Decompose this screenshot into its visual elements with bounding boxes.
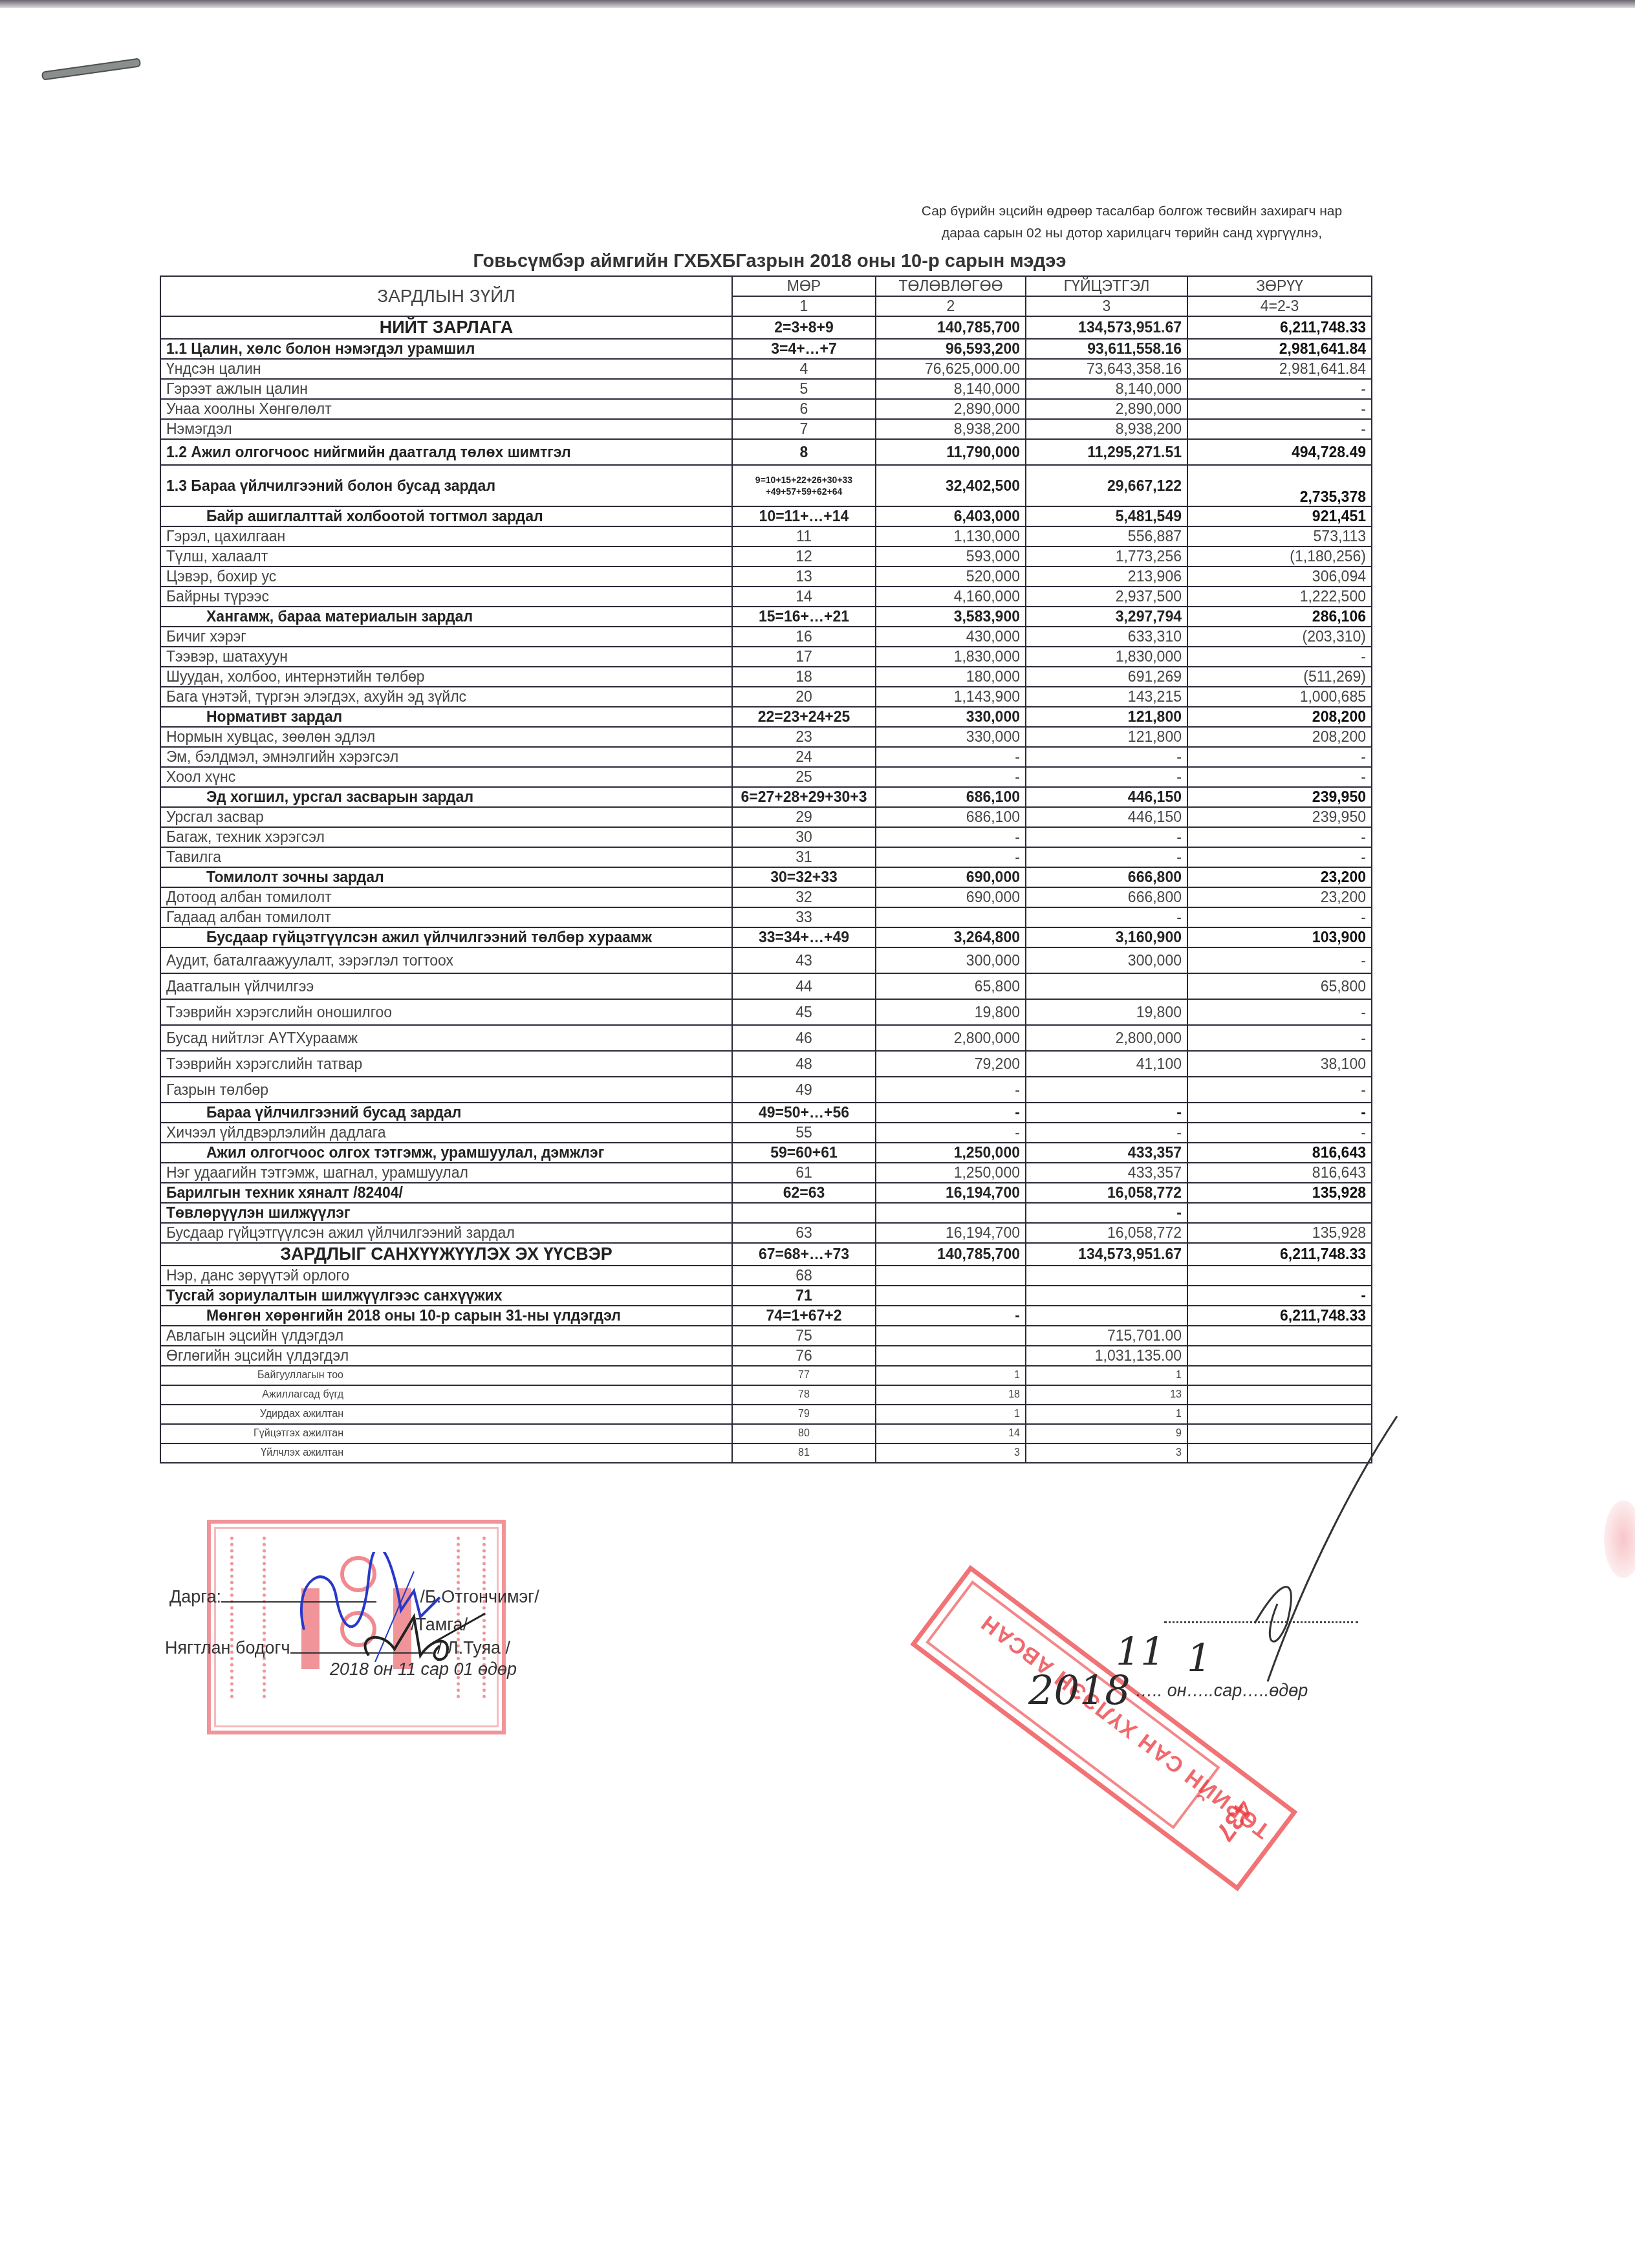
staff-plan: 14 <box>876 1424 1026 1443</box>
row-name: Бараа үйлчилгээний бусад зардал <box>160 1103 732 1123</box>
row-code: 45 <box>732 999 876 1025</box>
row-code: 13 <box>732 567 876 587</box>
row-name: Гэрээт ажлын цалин <box>160 379 732 399</box>
row-code: 18 <box>732 667 876 687</box>
row-diff: - <box>1187 847 1372 867</box>
row-diff: 135,928 <box>1187 1223 1372 1243</box>
table-row: Бусдаар гүйцэтгүүлсэн ажил үйлчилгээний … <box>160 927 1372 947</box>
row-plan: 16,194,700 <box>876 1183 1026 1203</box>
row-plan: 65,800 <box>876 973 1026 999</box>
row-actual: - <box>1026 847 1187 867</box>
row-diff <box>1187 1266 1372 1286</box>
row-plan <box>876 1203 1026 1223</box>
row-diff: 286,106 <box>1187 607 1372 627</box>
table-row: Тусгай зориулалтын шилжүүлгээс санхүүжих… <box>160 1286 1372 1306</box>
accountant-label: Нягтлан бодогч <box>165 1638 290 1658</box>
staff-actual: 13 <box>1026 1385 1187 1405</box>
table-row: 1.1 Цалин, хөлс болон нэмэгдэл урамшил3=… <box>160 339 1372 359</box>
row-name: Бага үнэтэй, түргэн элэгдэх, ахуйн эд зү… <box>160 687 732 707</box>
row-code: 15=16+…+21 <box>732 607 876 627</box>
staff-row: Удирдах ажилтан7911 <box>160 1405 1372 1424</box>
table-row: Цэвэр, бохир ус13520,000213,906306,094 <box>160 567 1372 587</box>
row-actual <box>1026 973 1187 999</box>
row-diff: 239,950 <box>1187 787 1372 807</box>
column-header-diff: ЗӨРҮҮ <box>1187 276 1372 296</box>
row-plan: 8,938,200 <box>876 419 1026 439</box>
row-name: Урсгал засвар <box>160 807 732 827</box>
row-diff: - <box>1187 647 1372 667</box>
row-actual: - <box>1026 767 1187 787</box>
row-code: 31 <box>732 847 876 867</box>
table-row: Эм, бэлдмэл, эмнэлгийн хэрэгсэл24--- <box>160 747 1372 767</box>
row-name: Мөнгөн хөрөнгийн 2018 оны 10-р сарын 31-… <box>160 1306 732 1326</box>
row-code: 59=60+61 <box>732 1143 876 1163</box>
row-actual: 433,357 <box>1026 1143 1187 1163</box>
row-actual: 41,100 <box>1026 1051 1187 1077</box>
table-row: Бараа үйлчилгээний бусад зардал49=50+…+5… <box>160 1103 1372 1123</box>
table-row: Авлагын эцсийн үлдэгдэл75715,701.00 <box>160 1326 1372 1346</box>
row-plan: 520,000 <box>876 567 1026 587</box>
staff-name: Байгууллагын тоо <box>160 1366 732 1385</box>
row-name: Гадаад албан томилолт <box>160 907 732 927</box>
row-actual: 2,890,000 <box>1026 399 1187 419</box>
row-diff: - <box>1187 399 1372 419</box>
row-actual: 633,310 <box>1026 627 1187 647</box>
row-actual: 143,215 <box>1026 687 1187 707</box>
row-code: 10=11+…+14 <box>732 506 876 526</box>
row-plan: 6,403,000 <box>876 506 1026 526</box>
row-actual: 300,000 <box>1026 947 1187 973</box>
row-actual: 666,800 <box>1026 867 1187 887</box>
row-diff: 1,000,685 <box>1187 687 1372 707</box>
row-name: Барилгын техник хяналт /82404/ <box>160 1183 732 1203</box>
row-diff: 23,200 <box>1187 867 1372 887</box>
row-actual: 433,357 <box>1026 1163 1187 1183</box>
row-plan: 180,000 <box>876 667 1026 687</box>
row-name: 1.1 Цалин, хөлс болон нэмэгдэл урамшил <box>160 339 732 359</box>
row-actual: 19,800 <box>1026 999 1187 1025</box>
row-diff: (203,310) <box>1187 627 1372 647</box>
row-actual: 691,269 <box>1026 667 1187 687</box>
row-code: 14 <box>732 587 876 607</box>
row-code: 16 <box>732 627 876 647</box>
row-code: 68 <box>732 1266 876 1286</box>
row-name: Байр ашиглалттай холбоотой тогтмол зарда… <box>160 506 732 526</box>
row-diff: 816,643 <box>1187 1163 1372 1183</box>
row-name: Дотоод албан томилолт <box>160 887 732 907</box>
row-code: 12 <box>732 546 876 567</box>
row-plan: 19,800 <box>876 999 1026 1025</box>
row-actual: 2,800,000 <box>1026 1025 1187 1051</box>
staff-plan: 3 <box>876 1443 1026 1463</box>
table-row: Нормын хувцас, зөөлөн эдлэл23330,000121,… <box>160 727 1372 747</box>
row-diff: 494,728.49 <box>1187 439 1372 465</box>
row-diff <box>1187 1346 1372 1366</box>
row-plan: 686,100 <box>876 807 1026 827</box>
table-row: Газрын төлбөр49-- <box>160 1077 1372 1103</box>
row-name: Эд хогшил, урсгал засварын зардал <box>160 787 732 807</box>
table-row: 1.2 Ажил олгогчоос нийгмийн даатгалд төл… <box>160 439 1372 465</box>
row-code: 8 <box>732 439 876 465</box>
row-code: 61 <box>732 1163 876 1183</box>
row-code: 7 <box>732 419 876 439</box>
row-diff: - <box>1187 767 1372 787</box>
row-plan: 430,000 <box>876 627 1026 647</box>
column-header-item: ЗАРДЛЫН ЗҮЙЛ <box>160 276 732 316</box>
row-actual: 715,701.00 <box>1026 1326 1187 1346</box>
table-row: Түлш, халаалт12593,0001,773,256(1,180,25… <box>160 546 1372 567</box>
row-diff: - <box>1187 1123 1372 1143</box>
table-row: Хангамж, бараа материалын зардал15=16+…+… <box>160 607 1372 627</box>
seal-mongol-script-left-2 <box>263 1537 272 1698</box>
table-row: Өглөгийн эцсийн үлдэгдэл761,031,135.00 <box>160 1346 1372 1366</box>
staff-row: Гүйцэтгэх ажилтан80149 <box>160 1424 1372 1443</box>
row-name: Нэг удаагийн тэтгэмж, шагнал, урамшуулал <box>160 1163 732 1183</box>
row-diff: - <box>1187 1286 1372 1306</box>
received-date: 2018 ….. он…..сар…..өдөр <box>1028 1659 1308 1706</box>
table-row: Даатгалын үйлчилгээ4465,80065,800 <box>160 973 1372 999</box>
row-plan: 4,160,000 <box>876 587 1026 607</box>
row-actual: 16,058,772 <box>1026 1223 1187 1243</box>
row-code-line-1: 9=10+15+22+26+30+33 <box>738 474 870 486</box>
row-name: Өглөгийн эцсийн үлдэгдэл <box>160 1346 732 1366</box>
row-name: Үндсэн цалин <box>160 359 732 379</box>
row-diff: 816,643 <box>1187 1143 1372 1163</box>
row-diff: 208,200 <box>1187 727 1372 747</box>
row-diff: 65,800 <box>1187 973 1372 999</box>
row-code: 74=1+67+2 <box>732 1306 876 1326</box>
table-row: Бусдаар гүйцэтгүүлсэн ажил үйлчилгээний … <box>160 1223 1372 1243</box>
row-plan: 3,583,900 <box>876 607 1026 627</box>
staff-row: Ажиллагсад бүгд781813 <box>160 1385 1372 1405</box>
staff-plan: 1 <box>876 1366 1026 1385</box>
row-plan: 2,890,000 <box>876 399 1026 419</box>
row-diff: 306,094 <box>1187 567 1372 587</box>
row-diff: - <box>1187 1077 1372 1103</box>
row-diff <box>1187 1203 1372 1223</box>
row-actual: 1,031,135.00 <box>1026 1346 1187 1366</box>
row-diff: 23,200 <box>1187 887 1372 907</box>
row-name: Ажил олгогчоос олгох тэтгэмж, урамшуулал… <box>160 1143 732 1163</box>
row-code: 30=32+33 <box>732 867 876 887</box>
table-row: Урсгал засвар29686,100446,150239,950 <box>160 807 1372 827</box>
row-plan: 1,830,000 <box>876 647 1026 667</box>
table-row: Нэмэгдэл78,938,2008,938,200- <box>160 419 1372 439</box>
staff-code: 78 <box>732 1385 876 1405</box>
row-plan: - <box>876 1123 1026 1143</box>
row-code: 29 <box>732 807 876 827</box>
received-date-template: ….. он…..сар…..өдөр <box>1135 1681 1308 1700</box>
staple-mark <box>41 58 141 80</box>
table-row: Тээврийн хэрэгслийн оношилгоо4519,80019,… <box>160 999 1372 1025</box>
row-actual: 3,160,900 <box>1026 927 1187 947</box>
row-actual: 121,800 <box>1026 727 1187 747</box>
staff-name: Удирдах ажилтан <box>160 1405 732 1424</box>
row-plan: 690,000 <box>876 867 1026 887</box>
row-plan: 1,250,000 <box>876 1163 1026 1183</box>
row-plan <box>876 1346 1026 1366</box>
column-index-actual: 3 <box>1026 296 1187 316</box>
table-row: Үндсэн цалин476,625,000.0073,643,358.162… <box>160 359 1372 379</box>
row-plan: 300,000 <box>876 947 1026 973</box>
row-diff: - <box>1187 747 1372 767</box>
table-row: Томилолт зочны зардал30=32+33690,000666,… <box>160 867 1372 887</box>
staff-name: Гүйцэтгэх ажилтан <box>160 1424 732 1443</box>
row-name: Тусгай зориулалтын шилжүүлгээс санхүүжих <box>160 1286 732 1306</box>
staff-diff <box>1187 1385 1372 1405</box>
row-actual: 134,573,951.67 <box>1026 316 1187 339</box>
table-row: Эд хогшил, урсгал засварын зардал6=27+28… <box>160 787 1372 807</box>
row-actual <box>1026 1306 1187 1326</box>
row-name: Шуудан, холбоо, интернэтийн төлбөр <box>160 667 732 687</box>
row-code: 32 <box>732 887 876 907</box>
row-name: Хоол хүнс <box>160 767 732 787</box>
staff-actual: 3 <box>1026 1443 1187 1463</box>
row-code: 43 <box>732 947 876 973</box>
row-actual: - <box>1026 1103 1187 1123</box>
row-name: Эм, бэлдмэл, эмнэлгийн хэрэгсэл <box>160 747 732 767</box>
row-actual: - <box>1026 907 1187 927</box>
table-row: Бага үнэтэй, түргэн элэгдэх, ахуйн эд зү… <box>160 687 1372 707</box>
row-plan: 140,785,700 <box>876 1243 1026 1266</box>
row-plan: 140,785,700 <box>876 316 1026 339</box>
row-plan: - <box>876 1306 1026 1326</box>
table-row: Тээврийн хэрэгслийн татвар4879,20041,100… <box>160 1051 1372 1077</box>
row-diff: - <box>1187 947 1372 973</box>
row-code: 2=3+8+9 <box>732 316 876 339</box>
row-code: 11 <box>732 526 876 546</box>
row-name: Нэр, данс зөрүүтэй орлого <box>160 1266 732 1286</box>
staff-diff <box>1187 1366 1372 1385</box>
row-name: ЗАРДЛЫГ САНХҮҮЖҮҮЛЭХ ЭХ ҮҮСВЭР <box>160 1243 732 1266</box>
row-name: Томилолт зочны зардал <box>160 867 732 887</box>
row-plan: 690,000 <box>876 887 1026 907</box>
row-code: 62=63 <box>732 1183 876 1203</box>
seal-mongol-script-left <box>230 1537 240 1698</box>
row-name: Нэмэгдэл <box>160 419 732 439</box>
column-header-plan: ТӨЛӨВЛӨГӨӨ <box>876 276 1026 296</box>
row-name: Бусдаар гүйцэтгүүлсэн ажил үйлчилгээний … <box>160 927 732 947</box>
staff-code: 80 <box>732 1424 876 1443</box>
received-month-handwritten: 11 <box>1116 1630 1165 1675</box>
staff-row: Үйлчлэх ажилтан8133 <box>160 1443 1372 1463</box>
row-plan <box>876 1286 1026 1306</box>
row-diff: 103,900 <box>1187 927 1372 947</box>
row-name: Тээврийн хэрэгслийн оношилгоо <box>160 999 732 1025</box>
row-code: 48 <box>732 1051 876 1077</box>
column-header-row: МӨР <box>732 276 876 296</box>
staff-plan: 1 <box>876 1405 1026 1424</box>
row-actual: 16,058,772 <box>1026 1183 1187 1203</box>
table-row: Гэрэл, цахилгаан111,130,000556,887573,11… <box>160 526 1372 546</box>
row-plan: - <box>876 767 1026 787</box>
row-code: 23 <box>732 727 876 747</box>
row-code: 49=50+…+56 <box>732 1103 876 1123</box>
row-diff: - <box>1187 379 1372 399</box>
table-row: Хичээл үйлдвэрлэлийн дадлага55--- <box>160 1123 1372 1143</box>
row-actual: - <box>1026 827 1187 847</box>
expense-report-table: ЗАРДЛЫН ЗҮЙЛ МӨР ТӨЛӨВЛӨГӨӨ ГҮЙЦЭТГЭЛ ЗӨ… <box>160 275 1372 1463</box>
row-name: 1.2 Ажил олгогчоос нийгмийн даатгалд төл… <box>160 439 732 465</box>
table-row: Гадаад албан томилолт33-- <box>160 907 1372 927</box>
row-name: Нормативт зардал <box>160 707 732 727</box>
row-plan: - <box>876 827 1026 847</box>
row-actual: 8,938,200 <box>1026 419 1187 439</box>
row-code: 33=34+…+49 <box>732 927 876 947</box>
table-row: Хоол хүнс25--- <box>160 767 1372 787</box>
row-name: 1.3 Бараа үйлчилгээний болон бусад зарда… <box>160 465 732 506</box>
row-actual <box>1026 1077 1187 1103</box>
row-plan: - <box>876 847 1026 867</box>
row-code: 6=27+28+29+30+3 <box>732 787 876 807</box>
row-diff: 2,981,641.84 <box>1187 359 1372 379</box>
row-name: Аудит, баталгаажуулалт, зэрэглэл тогтоох <box>160 947 732 973</box>
row-code: 30 <box>732 827 876 847</box>
row-actual: 556,887 <box>1026 526 1187 546</box>
row-name: Бусад нийтлэг АҮТХураамж <box>160 1025 732 1051</box>
row-code: 17 <box>732 647 876 667</box>
staff-plan: 18 <box>876 1385 1026 1405</box>
column-index-plan: 2 <box>876 296 1026 316</box>
row-actual: - <box>1026 1203 1187 1223</box>
row-diff: 573,113 <box>1187 526 1372 546</box>
row-name: Бусдаар гүйцэтгүүлсэн ажил үйлчилгээний … <box>160 1223 732 1243</box>
row-actual: 5,481,549 <box>1026 506 1187 526</box>
table-row: Нэр, данс зөрүүтэй орлого68 <box>160 1266 1372 1286</box>
table-row: Тавилга31--- <box>160 847 1372 867</box>
staff-actual: 9 <box>1026 1424 1187 1443</box>
table-row: Төвлөрүүлэн шилжүүлэг- <box>160 1203 1372 1223</box>
row-name: Бичиг хэрэг <box>160 627 732 647</box>
table-header-row: ЗАРДЛЫН ЗҮЙЛ МӨР ТӨЛӨВЛӨГӨӨ ГҮЙЦЭТГЭЛ ЗӨ… <box>160 276 1372 296</box>
table-row: НИЙТ ЗАРЛАГА2=3+8+9140,785,700134,573,95… <box>160 316 1372 339</box>
row-name: Тээвэр, шатахуун <box>160 647 732 667</box>
row-code: 67=68+…+73 <box>732 1243 876 1266</box>
table-row: Гэрээт ажлын цалин58,140,0008,140,000- <box>160 379 1372 399</box>
row-diff: - <box>1187 419 1372 439</box>
row-plan: 330,000 <box>876 727 1026 747</box>
staff-code: 77 <box>732 1366 876 1385</box>
row-diff <box>1187 1326 1372 1346</box>
staff-name: Үйлчлэх ажилтан <box>160 1443 732 1463</box>
row-actual: 213,906 <box>1026 567 1187 587</box>
row-actual: 1,773,256 <box>1026 546 1187 567</box>
table-row: Шуудан, холбоо, интернэтийн төлбөр18180,… <box>160 667 1372 687</box>
row-diff: 135,928 <box>1187 1183 1372 1203</box>
table-row: Байрны түрээс144,160,0002,937,5001,222,5… <box>160 587 1372 607</box>
row-code: 9=10+15+22+26+30+33+49+57+59+62+64 <box>732 465 876 506</box>
row-diff: - <box>1187 1103 1372 1123</box>
row-plan: 32,402,500 <box>876 465 1026 506</box>
submission-note-line-1: Сар бүрийн эцсийн өдрөөр тасалбар болгож… <box>886 200 1378 222</box>
row-name: Тавилга <box>160 847 732 867</box>
table-row: Нэг удаагийн тэтгэмж, шагнал, урамшуулал… <box>160 1163 1372 1183</box>
received-day-handwritten: 1 <box>1187 1636 1211 1681</box>
row-code: 25 <box>732 767 876 787</box>
row-name: Гэрэл, цахилгаан <box>160 526 732 546</box>
row-code: 71 <box>732 1286 876 1306</box>
row-name: Цэвэр, бохир ус <box>160 567 732 587</box>
row-diff: - <box>1187 827 1372 847</box>
row-plan: 686,100 <box>876 787 1026 807</box>
row-actual: 11,295,271.51 <box>1026 439 1187 465</box>
row-actual: 2,937,500 <box>1026 587 1187 607</box>
row-plan: 1,143,900 <box>876 687 1026 707</box>
row-plan: 16,194,700 <box>876 1223 1026 1243</box>
row-code-line-2: +49+57+59+62+64 <box>738 486 870 497</box>
table-row: Тээвэр, шатахуун171,830,0001,830,000- <box>160 647 1372 667</box>
row-actual <box>1026 1266 1187 1286</box>
table-row: Байр ашиглалттай холбоотой тогтмол зарда… <box>160 506 1372 526</box>
row-code: 33 <box>732 907 876 927</box>
row-plan: 11,790,000 <box>876 439 1026 465</box>
row-name: Байрны түрээс <box>160 587 732 607</box>
row-diff: 208,200 <box>1187 707 1372 727</box>
row-plan <box>876 1266 1026 1286</box>
report-title: Говьсүмбэр аймгийн ГХБХБГазрын 2018 оны … <box>162 251 1378 272</box>
row-plan <box>876 907 1026 927</box>
row-name: Багаж, техник хэрэгсэл <box>160 827 732 847</box>
row-code: 75 <box>732 1326 876 1346</box>
scan-edge <box>0 0 1635 8</box>
row-code: 22=23+24+25 <box>732 707 876 727</box>
row-plan: 76,625,000.00 <box>876 359 1026 379</box>
row-name: Түлш, халаалт <box>160 546 732 567</box>
row-actual: 134,573,951.67 <box>1026 1243 1187 1266</box>
row-code: 4 <box>732 359 876 379</box>
table-row: Бусад нийтлэг АҮТХураамж462,800,0002,800… <box>160 1025 1372 1051</box>
column-header-actual: ГҮЙЦЭТГЭЛ <box>1026 276 1187 296</box>
table-row: Аудит, баталгаажуулалт, зэрэглэл тогтоох… <box>160 947 1372 973</box>
row-diff: - <box>1187 907 1372 927</box>
row-actual: 73,643,358.16 <box>1026 359 1187 379</box>
row-name: Нормын хувцас, зөөлөн эдлэл <box>160 727 732 747</box>
row-name: Даатгалын үйлчилгээ <box>160 973 732 999</box>
row-plan: 1,250,000 <box>876 1143 1026 1163</box>
row-plan: 330,000 <box>876 707 1026 727</box>
row-name: НИЙТ ЗАРЛАГА <box>160 316 732 339</box>
row-actual: 666,800 <box>1026 887 1187 907</box>
row-actual: 121,800 <box>1026 707 1187 727</box>
staff-actual: 1 <box>1026 1405 1187 1424</box>
row-plan: 8,140,000 <box>876 379 1026 399</box>
table-row: Унаа хоолны Хөнгөлөлт62,890,0002,890,000… <box>160 399 1372 419</box>
row-diff: 2,981,641.84 <box>1187 339 1372 359</box>
row-name: Авлагын эцсийн үлдэгдэл <box>160 1326 732 1346</box>
row-actual <box>1026 1286 1187 1306</box>
row-diff: (1,180,256) <box>1187 546 1372 567</box>
row-diff: 38,100 <box>1187 1051 1372 1077</box>
submission-note-line-2: дараа сарын 02 ны дотор харилцагч төрийн… <box>886 222 1378 244</box>
row-code: 46 <box>732 1025 876 1051</box>
row-actual: 3,297,794 <box>1026 607 1187 627</box>
table-row: Багаж, техник хэрэгсэл30--- <box>160 827 1372 847</box>
accountant-signature-scribble <box>356 1610 511 1669</box>
row-name: Хангамж, бараа материалын зардал <box>160 607 732 627</box>
row-diff: 1,222,500 <box>1187 587 1372 607</box>
row-name: Тээврийн хэрэгслийн татвар <box>160 1051 732 1077</box>
row-plan: - <box>876 747 1026 767</box>
table-row: Барилгын техник хяналт /82404/62=6316,19… <box>160 1183 1372 1203</box>
row-code: 76 <box>732 1346 876 1366</box>
row-code: 6 <box>732 399 876 419</box>
row-diff: 6,211,748.33 <box>1187 316 1372 339</box>
table-row: 1.3 Бараа үйлчилгээний болон бусад зарда… <box>160 465 1372 506</box>
row-diff: - <box>1187 1025 1372 1051</box>
row-diff: 239,950 <box>1187 807 1372 827</box>
row-actual: 1,830,000 <box>1026 647 1187 667</box>
staff-name: Ажиллагсад бүгд <box>160 1385 732 1405</box>
